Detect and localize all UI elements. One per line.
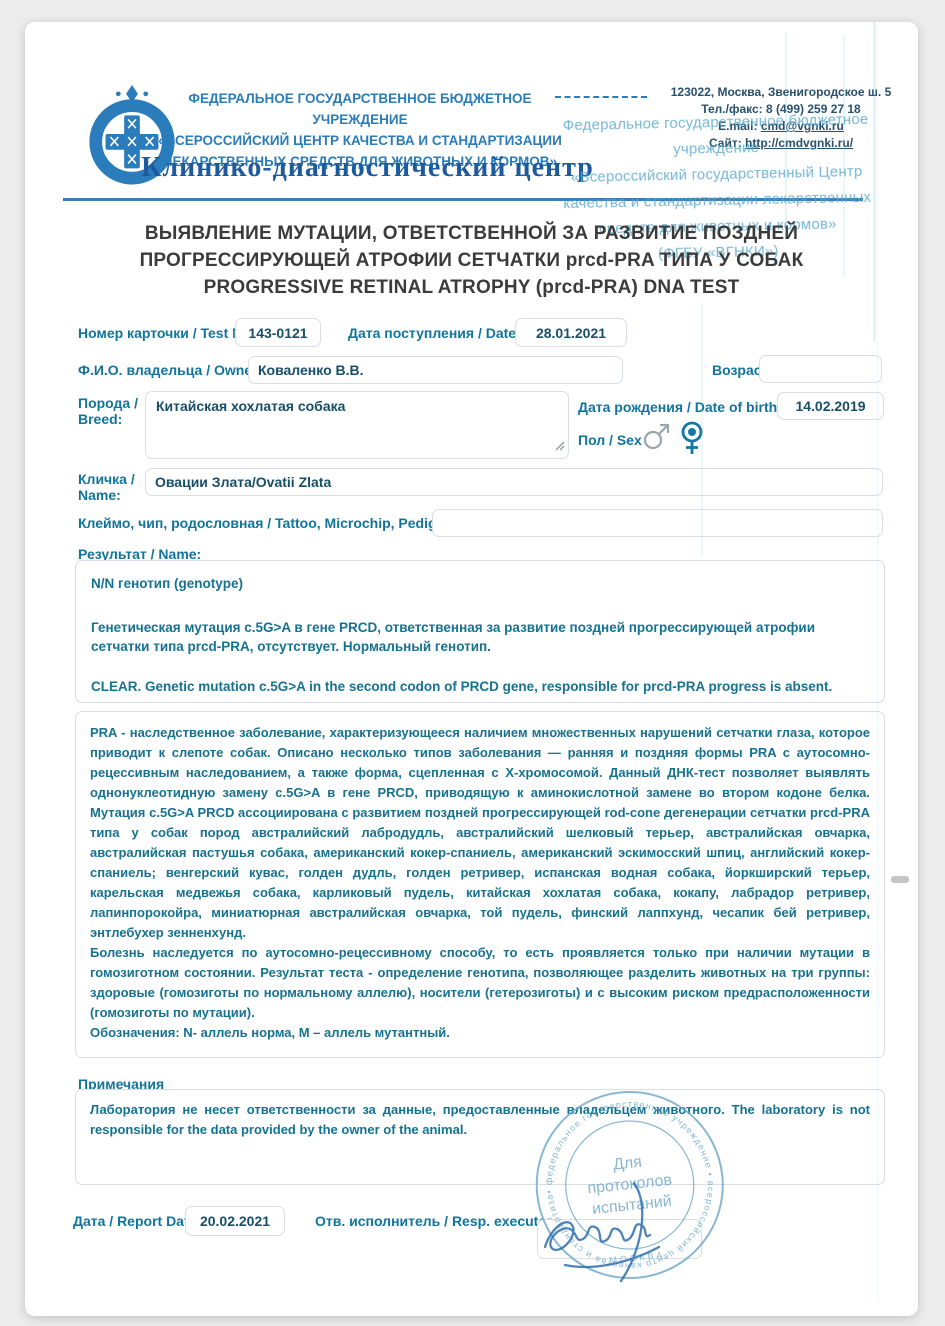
info-paragraph-3: Обозначения: N- аллель норма, M – аллель… xyxy=(90,1023,870,1043)
female-sex-icon-selected[interactable] xyxy=(678,421,706,462)
notes-box: Лаборатория не несет ответственности за … xyxy=(75,1089,885,1185)
birth-date-label: Дата рождения / Date of birth: xyxy=(578,399,782,415)
birth-date-input[interactable] xyxy=(777,392,884,420)
watermark-line: качества и стандартизации лекарственных xyxy=(547,184,887,217)
breed-textarea[interactable]: Китайская хохлатая собака xyxy=(145,391,569,459)
male-sex-icon[interactable] xyxy=(642,421,672,456)
date-received-input[interactable] xyxy=(515,318,627,347)
title-line-ru-2: ПРОГРЕССИРУЮЩЕЙ АТРОФИИ СЕТЧАТКИ prcd-PR… xyxy=(25,247,918,274)
org-line: «ВСЕРОССИЙСКИЙ ЦЕНТР КАЧЕСТВА И СТАНДАРТ… xyxy=(150,130,570,151)
pedigree-input[interactable] xyxy=(432,509,883,537)
dog-name-label-ru: Кличка / xyxy=(78,471,135,487)
email-label: E.mail: xyxy=(718,119,761,133)
contact-block: 123022, Москва, Звенигородское ш. 5 Тел.… xyxy=(665,84,897,152)
pedigree-label: Клеймо, чип, родословная / Tattoo, Micro… xyxy=(78,515,462,531)
stamp-center-line3: испытаний xyxy=(591,1193,672,1218)
owner-input[interactable] xyxy=(248,356,623,384)
report-date-label: Дата / Report Date: xyxy=(73,1213,201,1229)
org-line: ФЕДЕРАЛЬНОЕ ГОСУДАРСТВЕННОЕ БЮДЖЕТНОЕ УЧ… xyxy=(150,88,570,130)
center-title: Клинико-диагностический центр xyxy=(85,152,650,184)
result-text-ru: Генетическая мутация c.5G>A в гене PRCD,… xyxy=(91,618,869,656)
result-genotype: N/N генотип (genotype) xyxy=(91,574,869,593)
title-line-ru-1: ВЫЯВЛЕНИЕ МУТАЦИИ, ОТВЕТСТВЕННОЙ ЗА РАЗВ… xyxy=(25,220,918,247)
breed-label-en: Breed: xyxy=(78,411,138,427)
dog-name-label-en: Name: xyxy=(78,487,135,503)
test-number-label: Номер карточки / Test №: xyxy=(78,325,252,341)
info-box: PRA - наследственное заболевание, характ… xyxy=(75,711,885,1058)
info-paragraph-2: Болезнь наследуется по аутосомно-рецесси… xyxy=(90,943,870,1023)
date-received-label: Дата поступления / Date: xyxy=(348,325,521,341)
dog-name-input[interactable] xyxy=(145,468,883,496)
title-line-en: PROGRESSIVE RETINAL ATROPHY (prcd-PRA) D… xyxy=(25,274,918,301)
result-box: N/N генотип (genotype) Генетическая мута… xyxy=(75,560,885,703)
executor-label: Отв. исполнитель / Resp. executor: xyxy=(315,1213,557,1229)
header-divider xyxy=(63,198,863,201)
age-input[interactable] xyxy=(759,355,882,383)
site-label: Сайт: xyxy=(709,136,745,150)
resize-handle-icon[interactable] xyxy=(555,438,565,456)
executor-input[interactable] xyxy=(537,1219,702,1259)
dog-name-label: Кличка / Name: xyxy=(78,471,135,503)
breed-label-ru: Порода / xyxy=(78,395,138,411)
scan-artifact-mark xyxy=(891,876,909,883)
document-title: ВЫЯВЛЕНИЕ МУТАЦИИ, ОТВЕТСТВЕННОЙ ЗА РАЗВ… xyxy=(25,220,918,301)
owner-label: Ф.И.О. владельца / Owner: xyxy=(78,362,262,378)
document-page: ФЕДЕРАЛЬНОЕ ГОСУДАРСТВЕННОЕ БЮДЖЕТНОЕ УЧ… xyxy=(25,22,918,1316)
breed-value: Китайская хохлатая собака xyxy=(156,398,345,414)
dashed-line xyxy=(555,96,647,98)
breed-label: Порода / Breed: xyxy=(78,395,138,427)
notes-text: Лаборатория не несет ответственности за … xyxy=(90,1100,870,1140)
result-text-en: CLEAR. Genetic mutation c.5G>A in the se… xyxy=(91,677,869,696)
contact-phone: Тел./факс: 8 (499) 259 27 18 xyxy=(665,101,897,118)
report-date-input[interactable] xyxy=(185,1206,285,1236)
test-number-input[interactable] xyxy=(235,318,321,347)
sex-label: Пол / Sex xyxy=(578,432,642,448)
info-paragraph-1: PRA - наследственное заболевание, характ… xyxy=(90,723,870,943)
site-link[interactable]: http://cmdvgnki.ru/ xyxy=(745,136,853,150)
contact-address: 123022, Москва, Звенигородское ш. 5 xyxy=(665,84,897,101)
email-link[interactable]: cmd@vgnki.ru xyxy=(761,119,844,133)
